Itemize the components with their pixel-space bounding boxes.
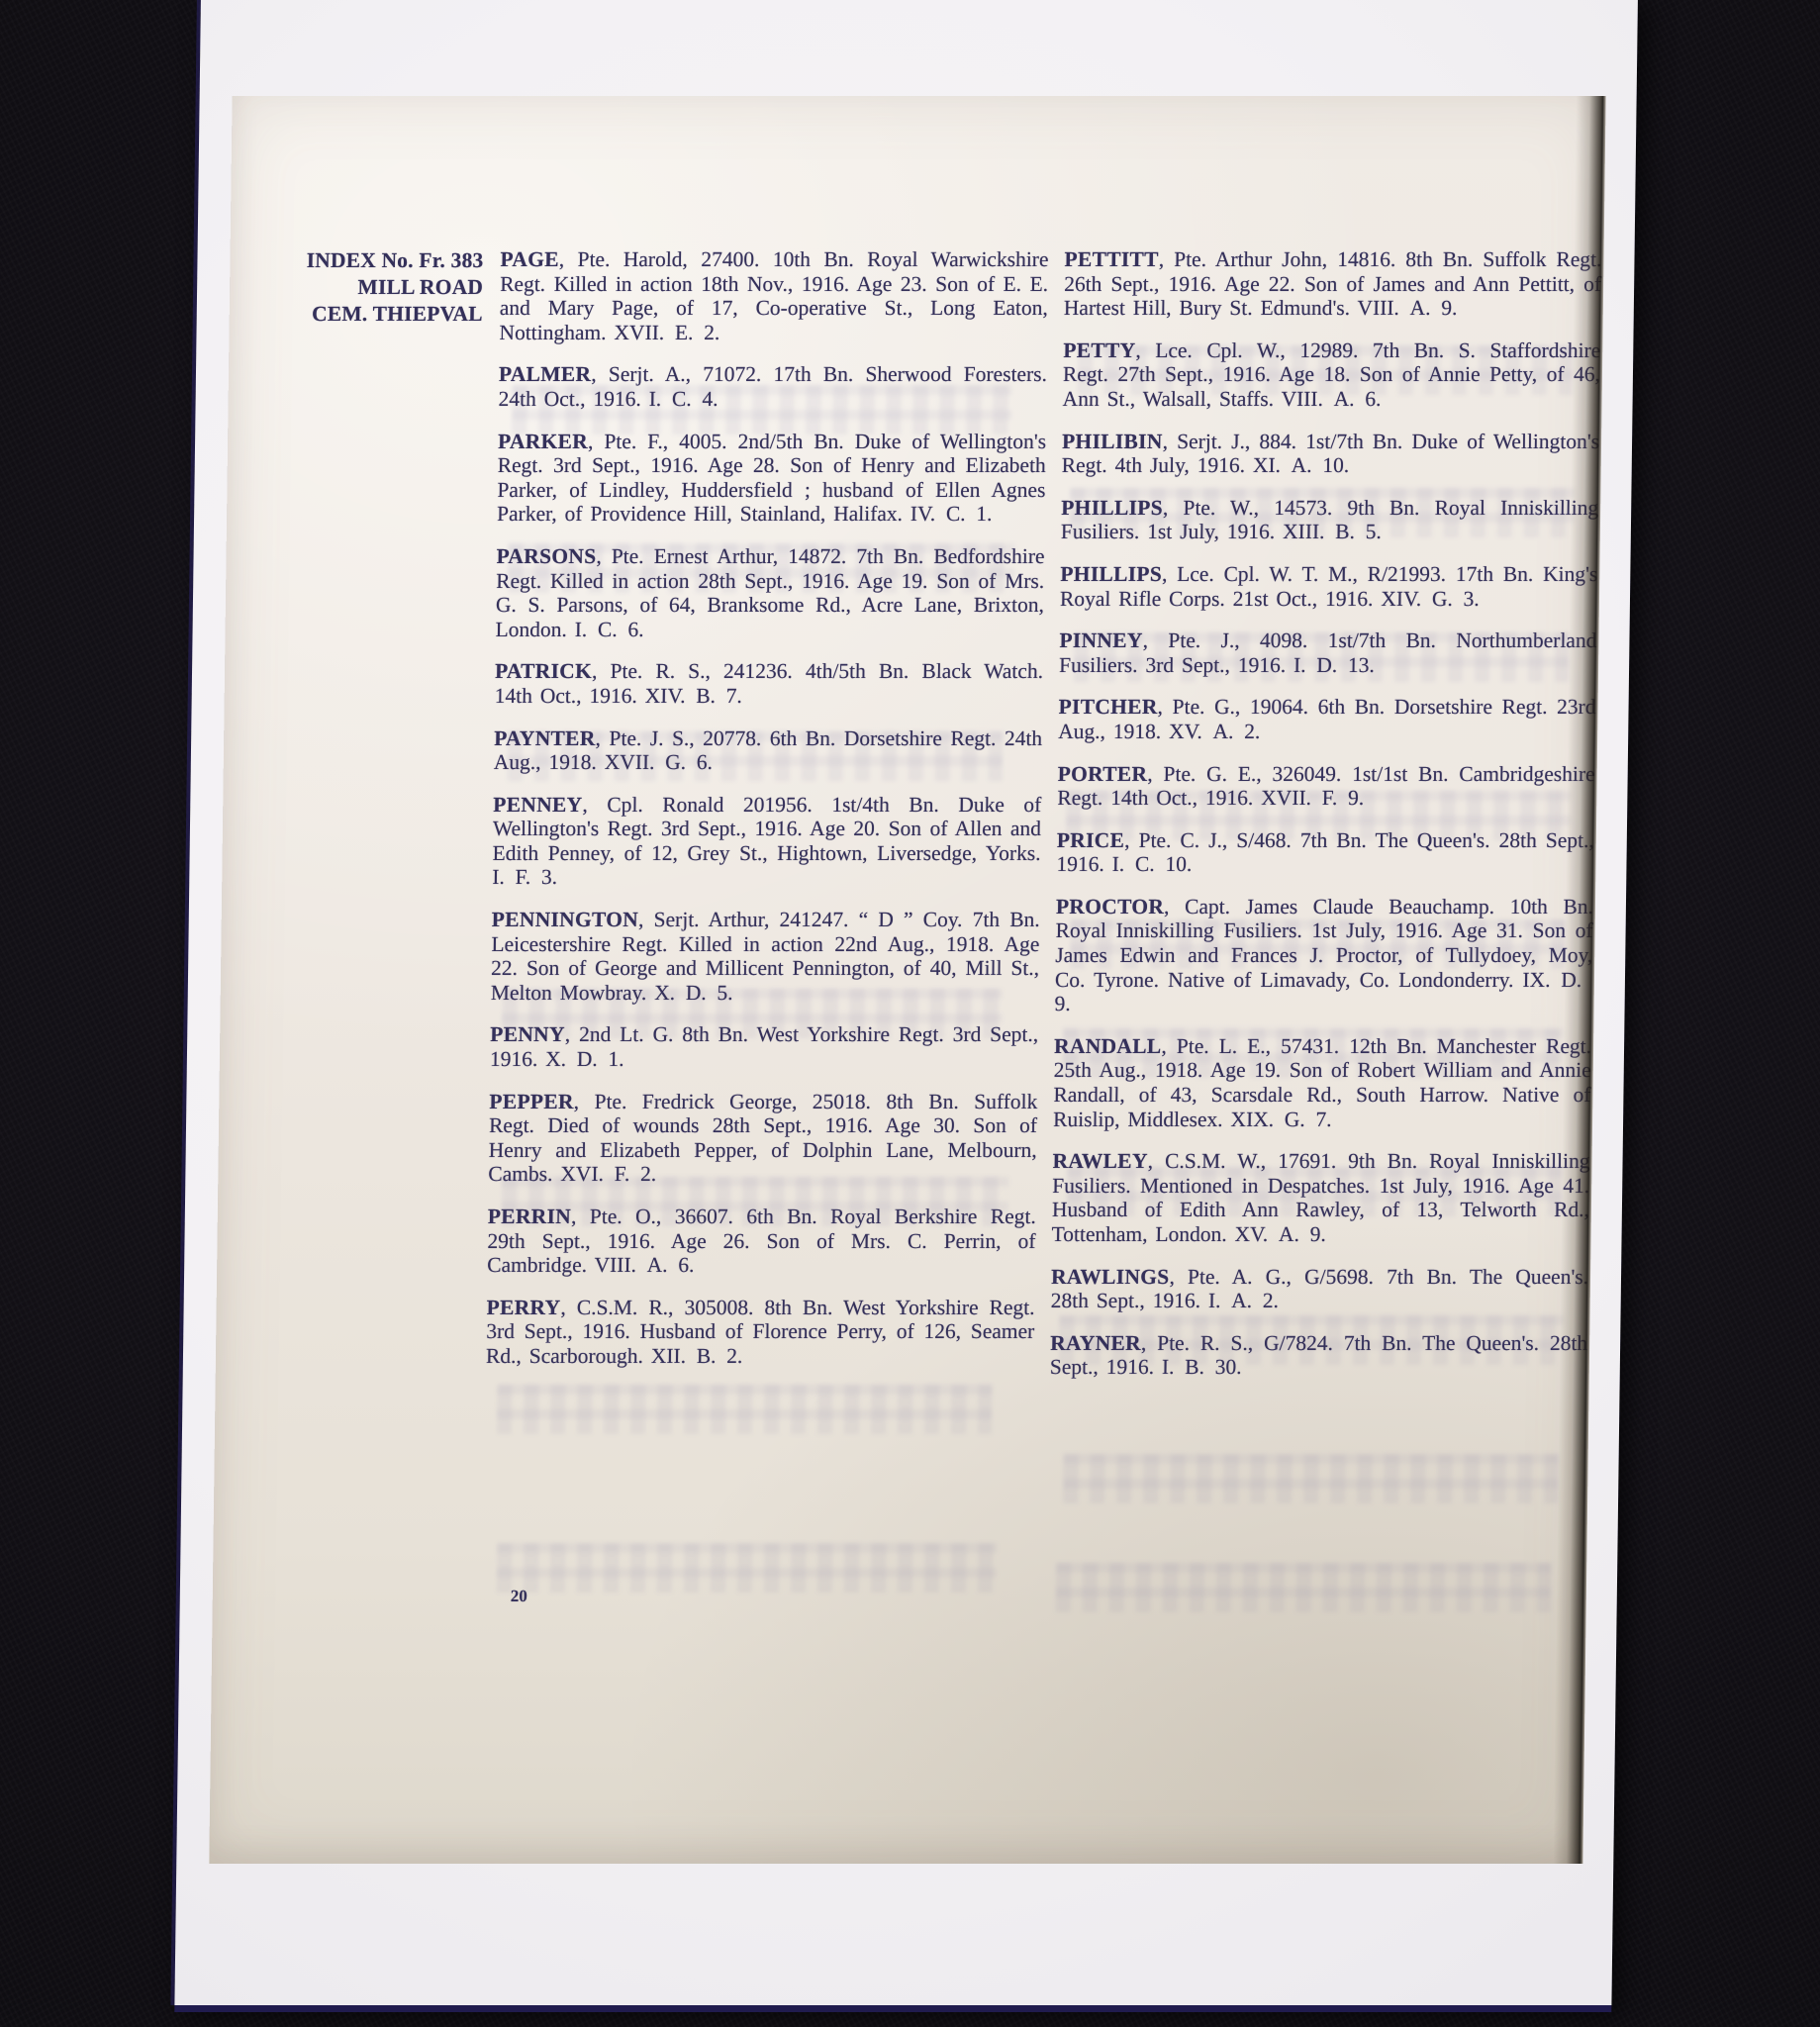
- register-entry: RANDALL, Pte. L. E., 57431. 12th Bn. Man…: [1053, 1034, 1591, 1131]
- register-entry: RAWLINGS, Pte. A. G., G/5698. 7th Bn. Th…: [1051, 1265, 1589, 1313]
- register-entry: PENNY, 2nd Lt. G. 8th Bn. West Yorkshire…: [490, 1022, 1039, 1071]
- register-entry: PERRY, C.S.M. R., 305008. 8th Bn. West Y…: [486, 1296, 1035, 1369]
- register-entry: PROCTOR, Capt. James Claude Beauchamp. 1…: [1054, 895, 1593, 1016]
- register-entry: PORTER, Pte. G. E., 326049. 1st/1st Bn. …: [1057, 762, 1595, 811]
- entry-surname: PARKER: [498, 430, 588, 453]
- entry-surname: PENNEY: [493, 793, 583, 817]
- register-entry: PEPPER, Pte. Fredrick George, 25018. 8th…: [488, 1090, 1037, 1187]
- entry-surname: RAYNER: [1050, 1331, 1141, 1355]
- entry-surname: PROCTOR: [1056, 895, 1165, 918]
- entry-surname: PENNINGTON: [492, 908, 639, 931]
- entry-surname: PHILIBIN: [1062, 430, 1163, 453]
- entry-surname: PARSONS: [496, 544, 596, 568]
- register-entry: PARKER, Pte. F., 4005. 2nd/5th Bn. Duke …: [497, 430, 1046, 527]
- entry-surname: PEPPER: [489, 1090, 574, 1113]
- register-column-left: PAGE, Pte. Harold, 27400. 10th Bn. Royal…: [486, 247, 1049, 1387]
- entry-surname: PETTY: [1063, 338, 1136, 362]
- entry-surname: PENNY: [490, 1022, 565, 1046]
- bleed-through-smudge: [1056, 1563, 1552, 1612]
- bleed-through-smudge: [497, 1385, 993, 1434]
- register-entry: RAYNER, Pte. R. S., G/7824. 7th Bn. The …: [1050, 1331, 1588, 1380]
- entry-surname: PALMER: [499, 362, 592, 386]
- entry-surname: PERRY: [486, 1296, 560, 1319]
- entry-surname: RAWLEY: [1052, 1149, 1148, 1173]
- photograph-background: INDEX No. Fr. 383 MILL ROAD CEM. THIEPVA…: [0, 0, 1820, 2027]
- register-entry: PENNINGTON, Serjt. Arthur, 241247. “ D ”…: [491, 908, 1040, 1005]
- entry-surname: PETTITT: [1064, 247, 1159, 271]
- entry-surname: PHILLIPS: [1060, 562, 1162, 586]
- register-entry: PETTY, Lce. Cpl. W., 12989. 7th Bn. S. S…: [1062, 338, 1600, 412]
- bleed-through-smudge: [1063, 1454, 1559, 1503]
- register-entry: PHILLIPS, Pte. W., 14573. 9th Bn. Royal …: [1061, 496, 1599, 544]
- register-entry: PARSONS, Pte. Ernest Arthur, 14872. 7th …: [495, 544, 1044, 641]
- entry-surname: RANDALL: [1054, 1034, 1162, 1058]
- register-entry: PHILIBIN, Serjt. J., 884. 1st/7th Bn. Du…: [1062, 430, 1600, 478]
- entry-surname: PAGE: [500, 247, 559, 271]
- entry-surname: RAWLINGS: [1051, 1265, 1170, 1289]
- entry-surname: PERRIN: [488, 1205, 572, 1228]
- page-number: 20: [511, 1587, 527, 1606]
- bleed-through-smudge: [497, 1543, 998, 1593]
- register-column-right: PETTITT, Pte. Arthur John, 14816. 8th Bn…: [1049, 247, 1601, 1398]
- entry-surname: PRICE: [1057, 828, 1125, 852]
- register-entry: PENNEY, Cpl. Ronald 201956. 1st/4th Bn. …: [492, 793, 1041, 890]
- cemetery-name-2: CEM. THIEPVAL: [247, 301, 483, 328]
- printed-sheet: INDEX No. Fr. 383 MILL ROAD CEM. THIEPVA…: [174, 0, 1638, 2005]
- index-number: INDEX No. Fr. 383: [247, 247, 483, 274]
- entry-surname: PHILLIPS: [1061, 496, 1163, 520]
- entry-surname: PITCHER: [1058, 695, 1157, 719]
- entry-surname: PAYNTER: [494, 726, 596, 750]
- register-entry: PRICE, Pte. C. J., S/468. 7th Bn. The Qu…: [1056, 828, 1594, 877]
- register-header: INDEX No. Fr. 383 MILL ROAD CEM. THIEPVA…: [247, 247, 484, 328]
- register-page-photo: INDEX No. Fr. 383 MILL ROAD CEM. THIEPVA…: [209, 96, 1605, 1864]
- register-entry: PHILLIPS, Lce. Cpl. W. T. M., R/21993. 1…: [1060, 562, 1598, 611]
- register-entry: PINNEY, Pte. J., 4098. 1st/7th Bn. North…: [1059, 628, 1597, 677]
- register-entry: PALMER, Serjt. A., 71072. 17th Bn. Sherw…: [498, 362, 1047, 411]
- entry-surname: PORTER: [1058, 762, 1148, 786]
- entry-surname: PINNEY: [1059, 628, 1143, 652]
- register-entry: PERRIN, Pte. O., 36607. 6th Bn. Royal Be…: [487, 1205, 1036, 1278]
- register-entry: PETTITT, Pte. Arthur John, 14816. 8th Bn…: [1064, 247, 1602, 321]
- entry-surname: PATRICK: [495, 659, 592, 683]
- register-entry: PITCHER, Pte. G., 19064. 6th Bn. Dorsets…: [1058, 695, 1596, 743]
- register-entry: PAYNTER, Pte. J. S., 20778. 6th Bn. Dors…: [494, 726, 1043, 775]
- register-entry: RAWLEY, C.S.M. W., 17691. 9th Bn. Royal …: [1051, 1149, 1589, 1246]
- register-entry: PAGE, Pte. Harold, 27400. 10th Bn. Royal…: [499, 247, 1048, 344]
- cemetery-name: MILL ROAD: [247, 274, 483, 301]
- register-entry: PATRICK, Pte. R. S., 241236. 4th/5th Bn.…: [495, 659, 1044, 708]
